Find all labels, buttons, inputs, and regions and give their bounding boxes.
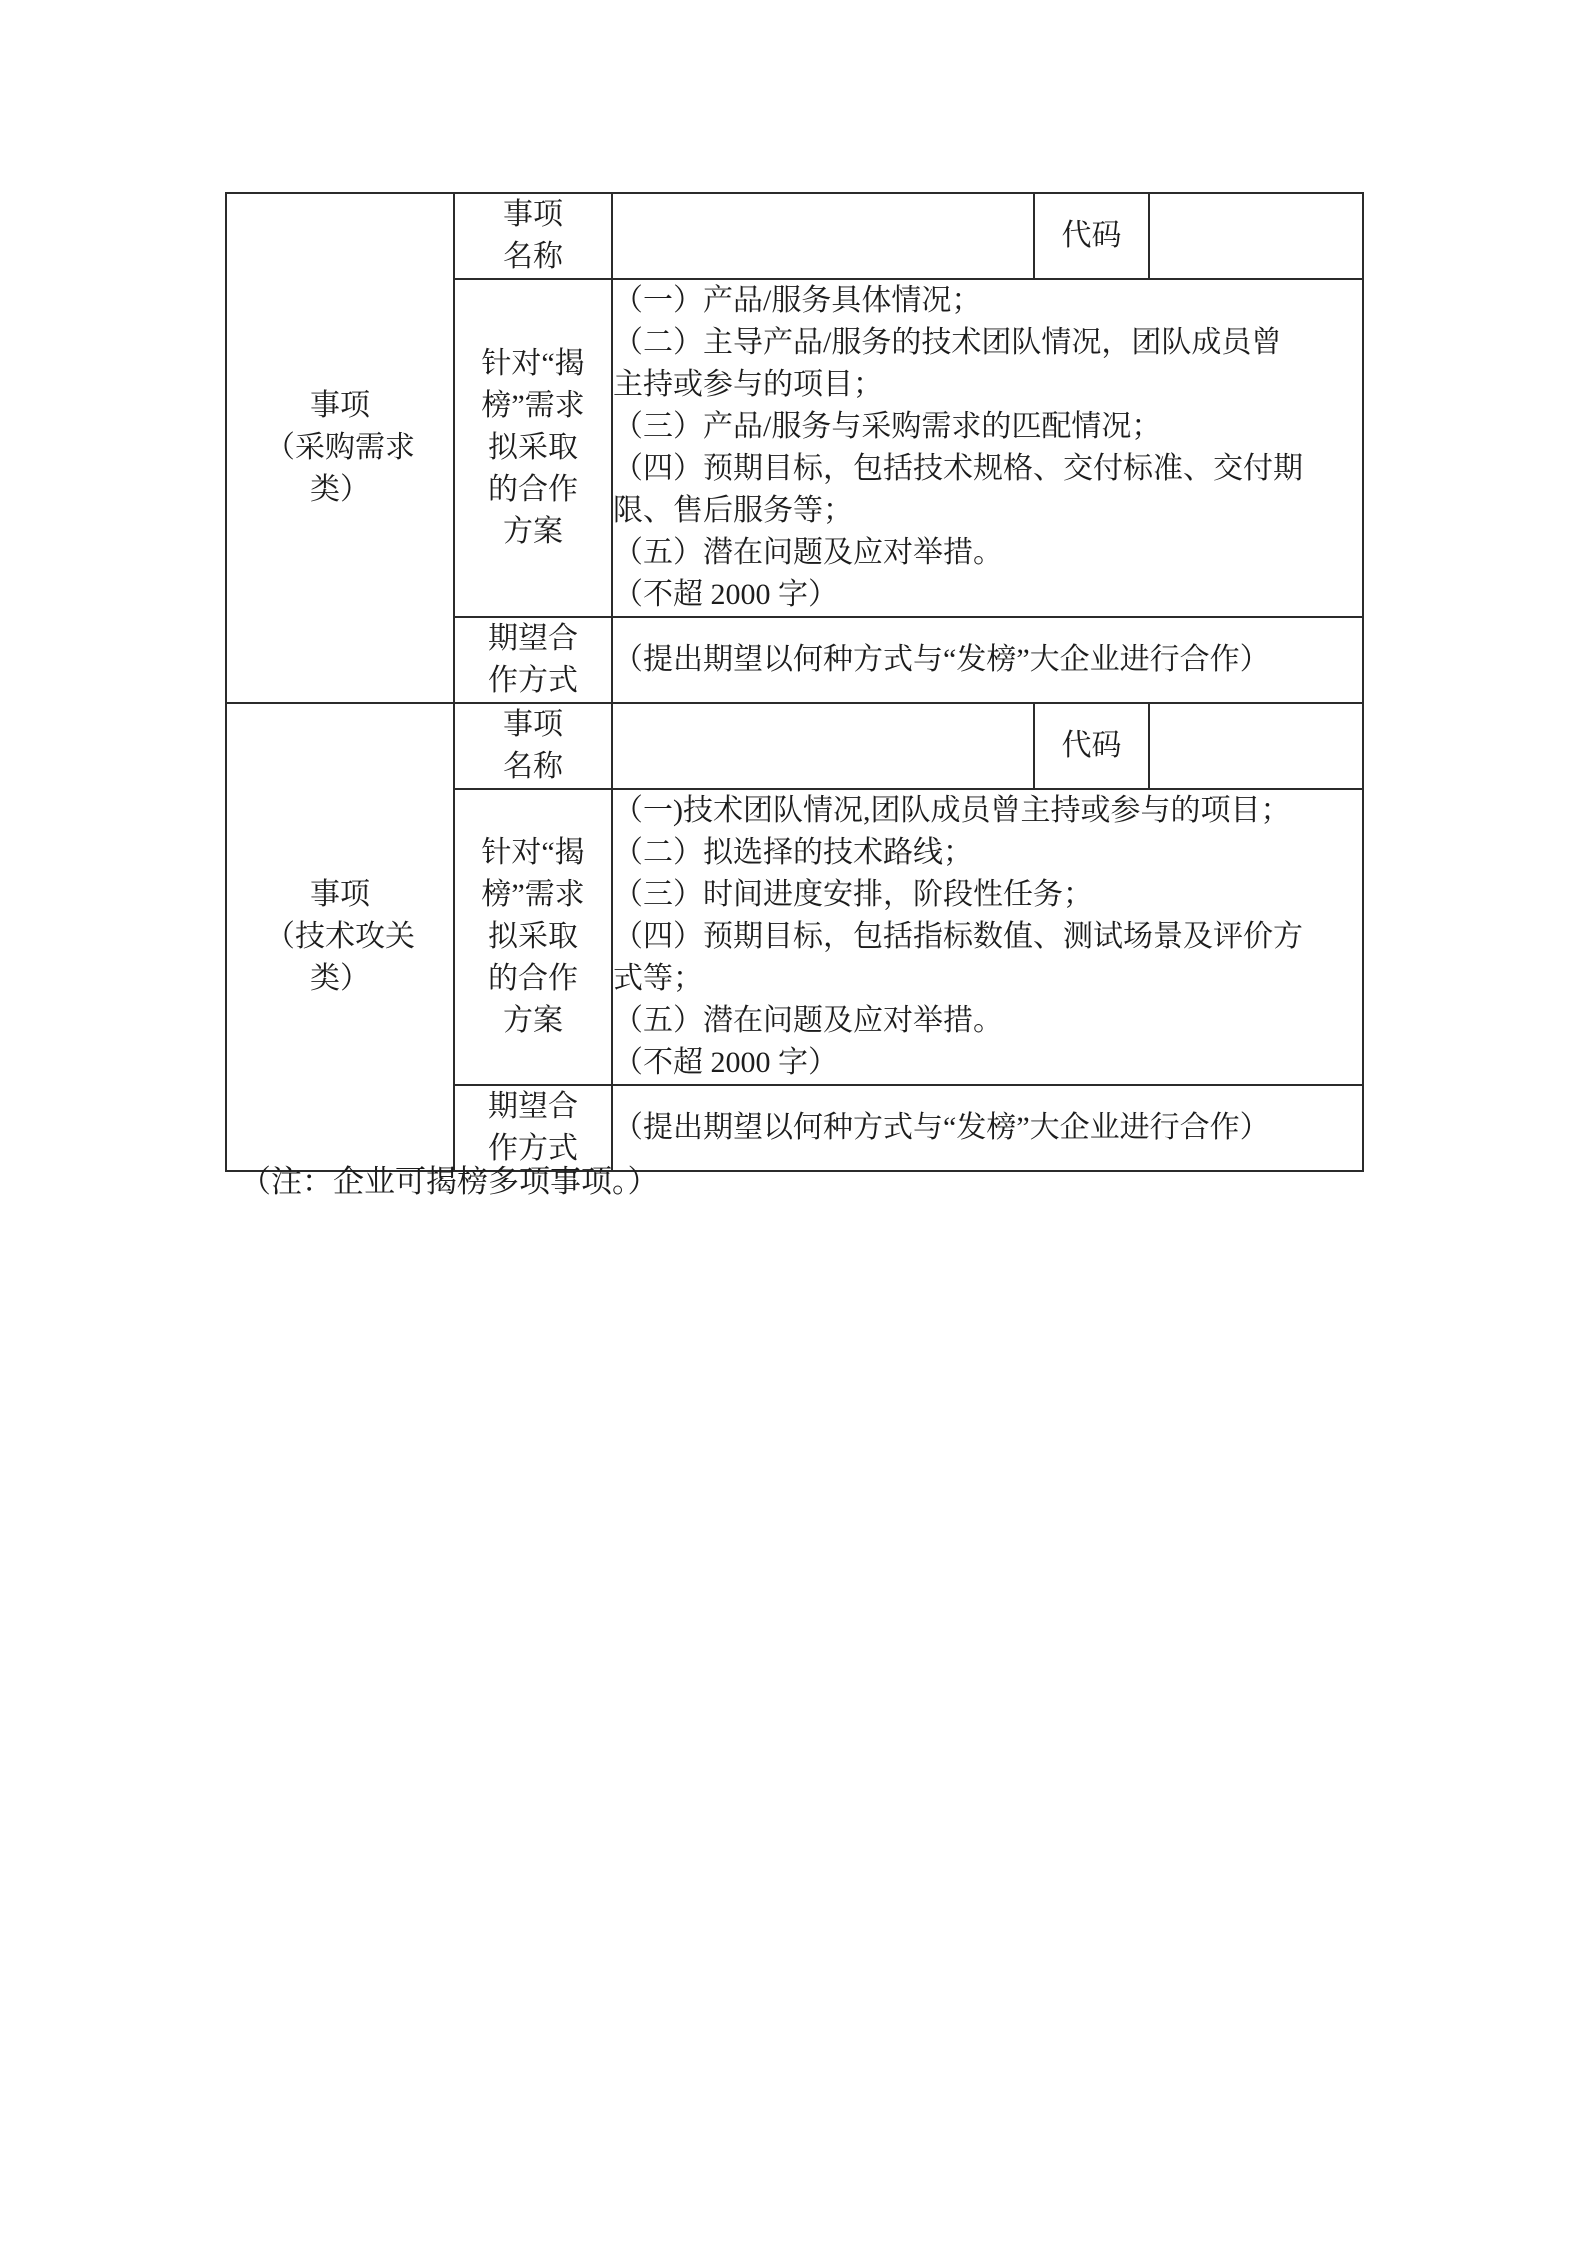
expected-cooperation-content: （提出期望以何种方式与“发榜”大企业进行合作）	[612, 1085, 1363, 1171]
expected-cooperation-label: 期望合 作方式	[454, 1085, 612, 1171]
item-name-value	[612, 703, 1034, 789]
item-name-label: 事项 名称	[454, 703, 612, 789]
code-value	[1149, 193, 1363, 279]
code-label: 代码	[1034, 703, 1149, 789]
document-page: 事项 （采购需求 类） 事项 名称 代码 针对“揭 榜”需求 拟采取 的合作 方…	[0, 0, 1587, 2245]
submission-table: 事项 （采购需求 类） 事项 名称 代码 针对“揭 榜”需求 拟采取 的合作 方…	[225, 192, 1364, 1172]
item-name-value	[612, 193, 1034, 279]
code-label: 代码	[1034, 193, 1149, 279]
table-row: 事项 （技术攻关 类） 事项 名称 代码	[226, 703, 1363, 789]
expected-cooperation-content: （提出期望以何种方式与“发榜”大企业进行合作）	[612, 617, 1363, 703]
plan-content: （一)技术团队情况,团队成员曾主持或参与的项目； （二）拟选择的技术路线； （三…	[612, 789, 1363, 1085]
item-name-label: 事项 名称	[454, 193, 612, 279]
footnote: （注：企业可揭榜多项事项。）	[240, 1160, 659, 1204]
expected-cooperation-label: 期望合 作方式	[454, 617, 612, 703]
code-value	[1149, 703, 1363, 789]
plan-label: 针对“揭 榜”需求 拟采取 的合作 方案	[454, 789, 612, 1085]
plan-label: 针对“揭 榜”需求 拟采取 的合作 方案	[454, 279, 612, 617]
plan-content: （一）产品/服务具体情况； （二）主导产品/服务的技术团队情况，团队成员曾 主持…	[612, 279, 1363, 617]
table-row: 事项 （采购需求 类） 事项 名称 代码	[226, 193, 1363, 279]
category-cell-procurement: 事项 （采购需求 类）	[226, 193, 454, 703]
category-cell-technology: 事项 （技术攻关 类）	[226, 703, 454, 1171]
